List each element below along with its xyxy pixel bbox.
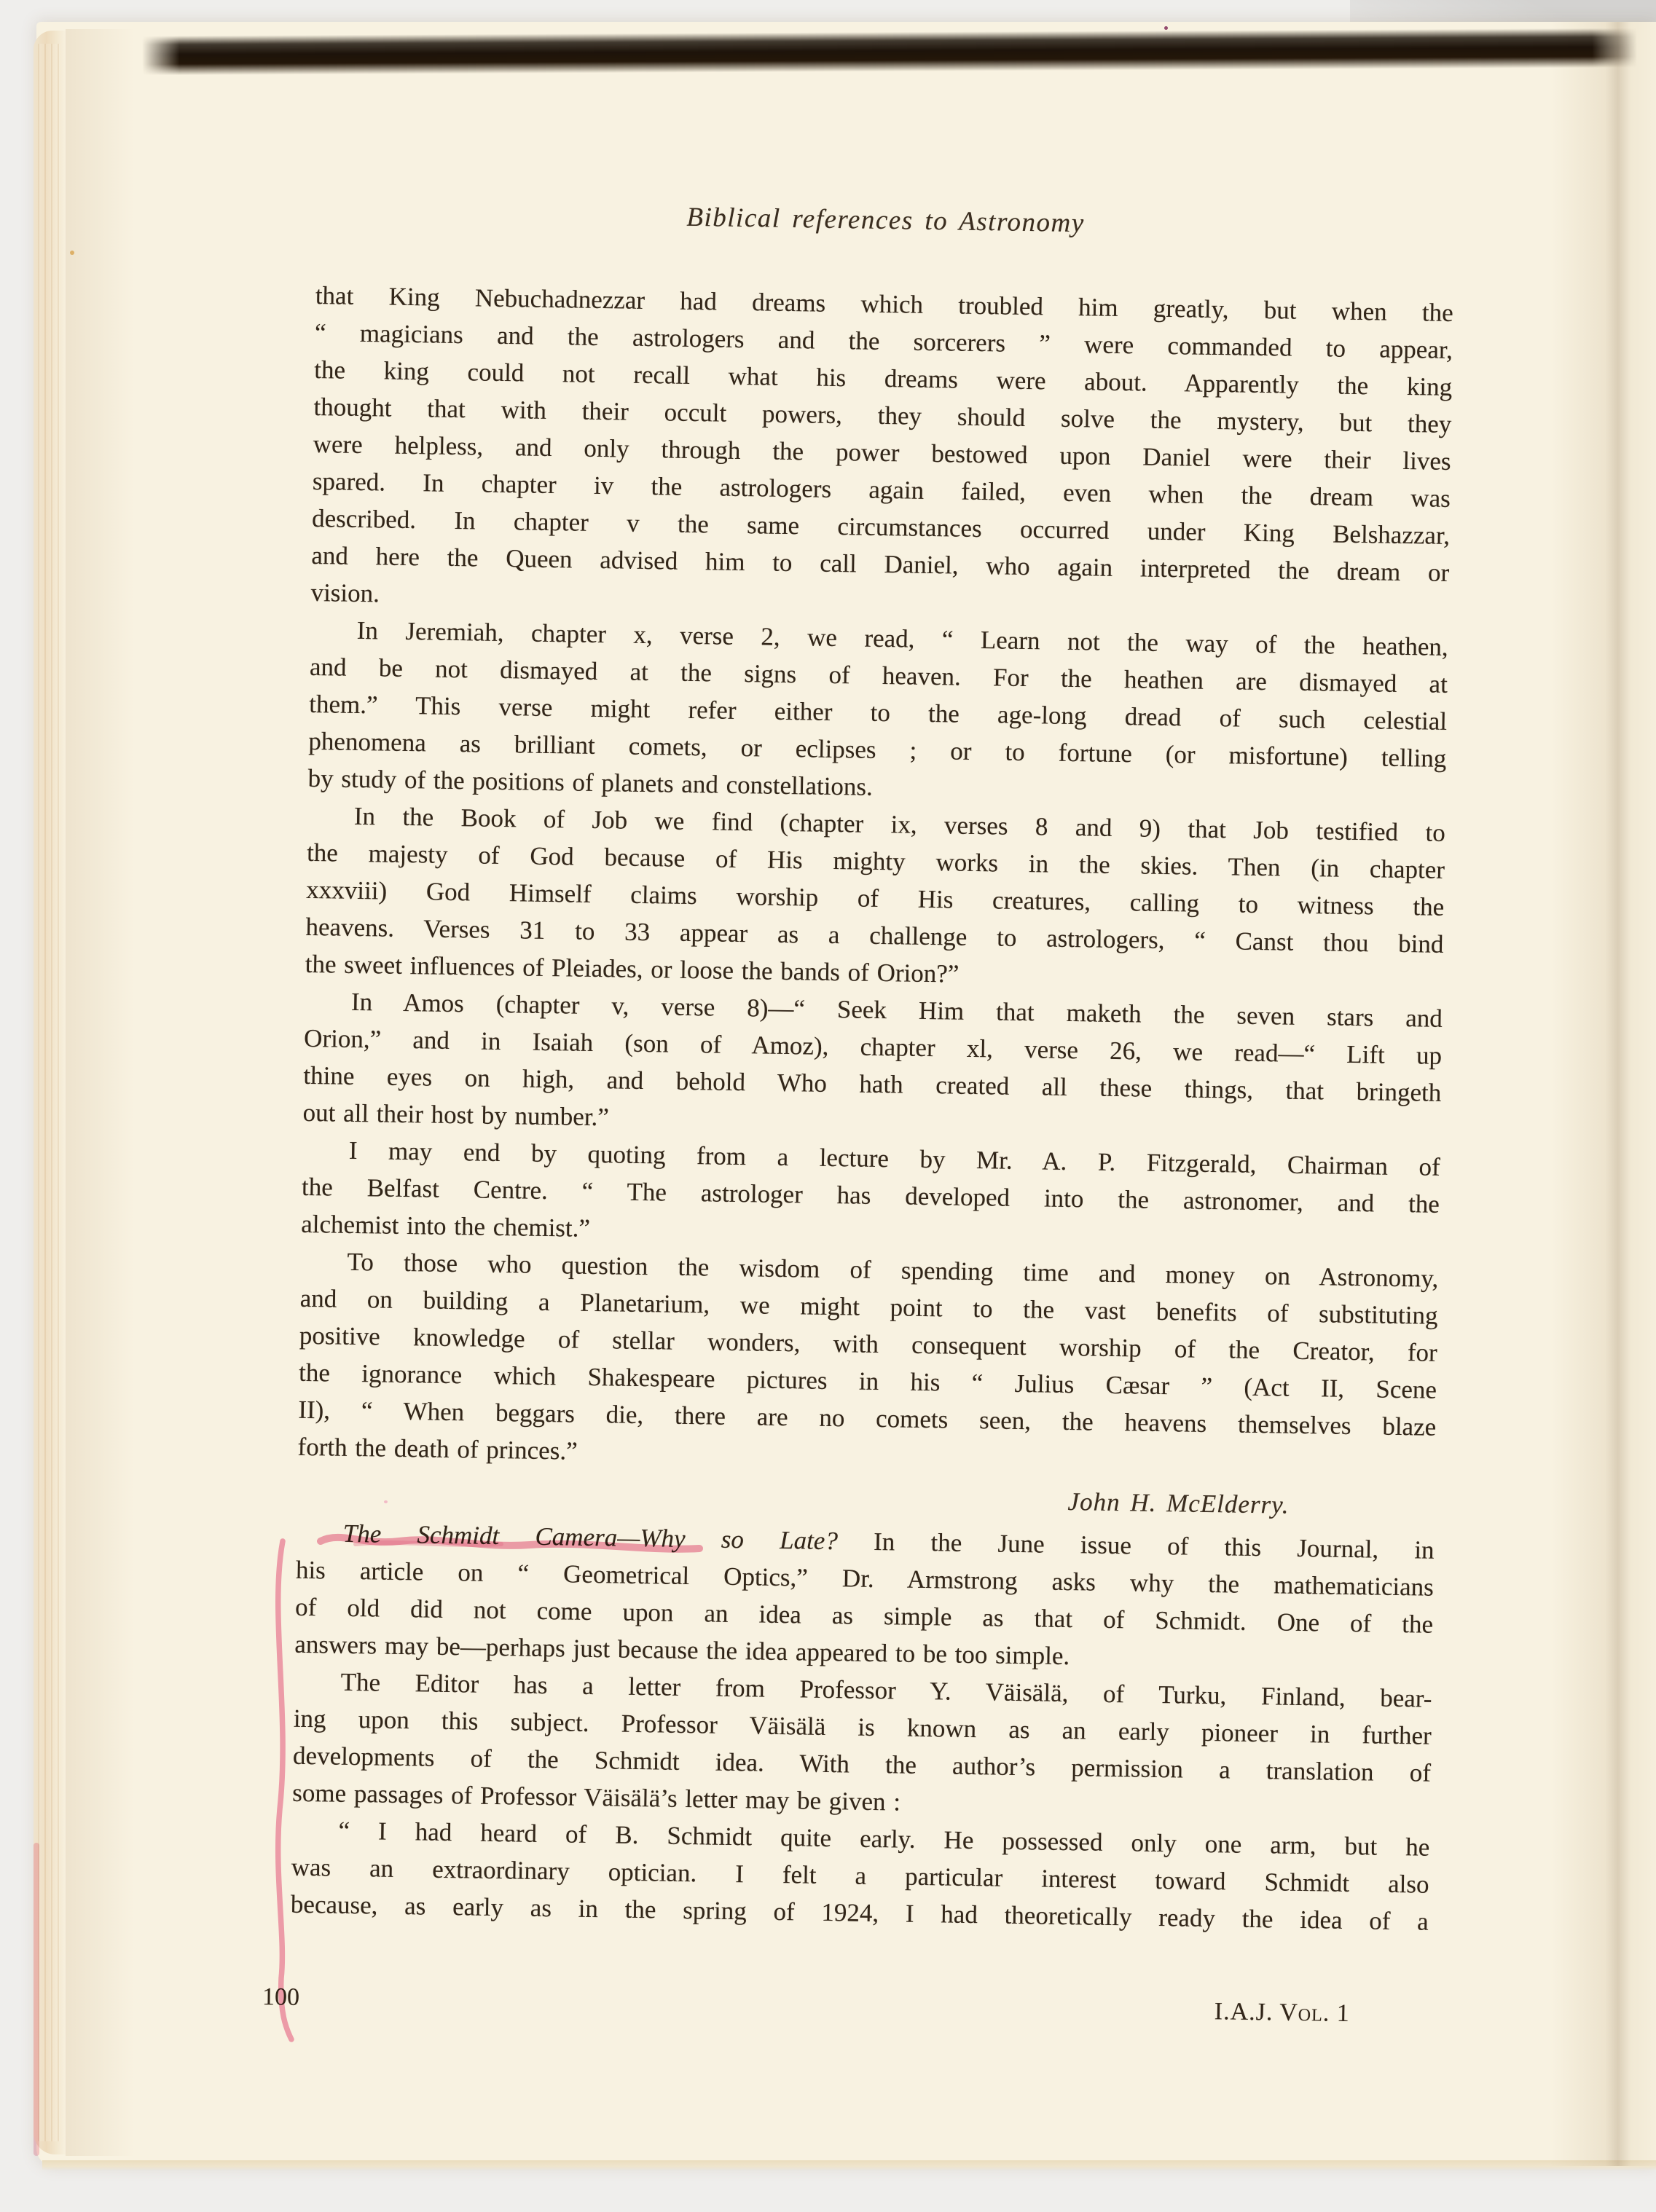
dust-speck (384, 1500, 388, 1503)
dust-speck (70, 251, 74, 255)
scanned-journal-page: Biblical references to Astronomy that Ki… (0, 0, 1656, 2212)
text-segment: vision. (310, 578, 380, 607)
paragraph: In Jeremiah, chapter x, verse 2, we read… (307, 611, 1448, 814)
article-body: that King Nebuchadnezzar had dreams whic… (291, 277, 1454, 1940)
volume-reference: I.A.J. Vol. 1 (1214, 1997, 1350, 2028)
text-segment: the sweet influences of Pleiades, or loo… (305, 950, 959, 988)
printed-content: Biblical references to Astronomy that Ki… (289, 195, 1455, 2030)
paragraph: The Schmidt Camera—Why so Late? In the J… (294, 1514, 1435, 1680)
dust-speck (1164, 26, 1168, 30)
paragraph: In the Book of Job we find (chapter ix, … (305, 797, 1445, 1000)
paragraph: I may end by quoting from a lecture by M… (301, 1131, 1440, 1260)
text-segment: forth the death of princes.” (297, 1433, 578, 1465)
paragraph: The Editor has a letter from Professor Y… (292, 1663, 1432, 1829)
left-page-shading (66, 29, 135, 2156)
page-bottom-edge (42, 2160, 1656, 2170)
paragraph: that King Nebuchadnezzar had dreams whic… (310, 277, 1453, 629)
text-segment: by study of the positions of planets and… (307, 764, 873, 801)
text-segment: In the June issue of this Journal, in (838, 1527, 1435, 1564)
book-gutter-fold (1550, 22, 1656, 2166)
paragraph: In Amos (chapter v, verse 8)—“ Seek Him … (302, 983, 1443, 1149)
text-segment: some passages of Professor Väisälä’s let… (292, 1779, 900, 1817)
paragraph: To those who question the wisdom of spen… (297, 1243, 1439, 1483)
inline-italic-heading: The Schmidt Camera—Why so Late? (342, 1519, 838, 1555)
text-segment: out all their host by number.” (302, 1098, 609, 1131)
paragraph: “ I had heard of B. Schmidt quite early.… (291, 1811, 1430, 1940)
page-edge-stack-lines (38, 44, 60, 2141)
text-segment: alchemist into the chemist.” (301, 1210, 590, 1243)
top-spine-shadow (142, 28, 1637, 76)
page-number: 100 (262, 1983, 300, 2012)
